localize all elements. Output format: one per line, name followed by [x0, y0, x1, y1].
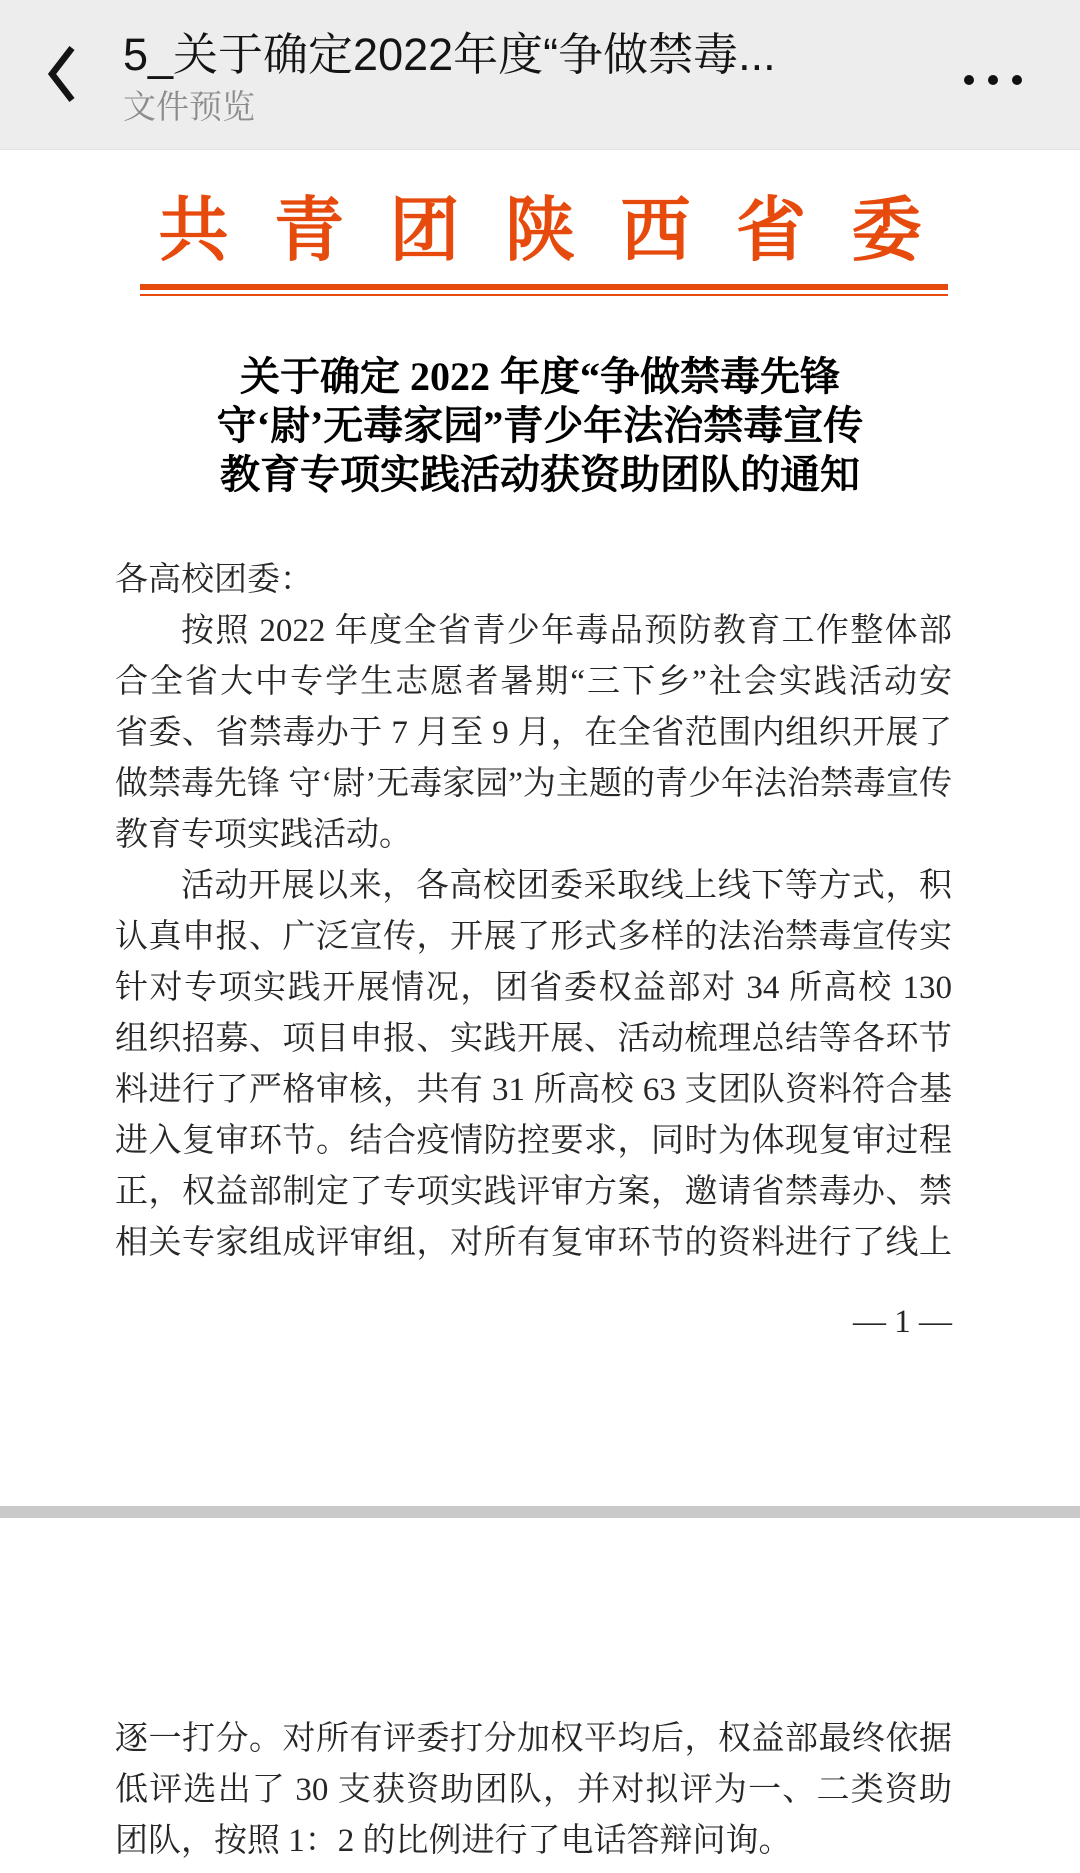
body-line: 逐一打分。对所有评委打分加权平均后，权益部最终依据得分高: [115, 1714, 952, 1765]
body-line: 进入复审环节。结合疫情防控要求，同时为体现复审过程公平公: [115, 1116, 952, 1167]
document-title-line: 关于确定 2022 年度“争做禁毒先锋: [0, 352, 1080, 401]
page-separator: [0, 1506, 1080, 1518]
body-line: 料进行了严格审核，共有 31 所高校 63 支团队资料符合基本要求，: [115, 1065, 952, 1116]
back-button[interactable]: [32, 36, 92, 112]
ellipsis-icon: [964, 75, 1022, 85]
document-title-line: 教育专项实践活动获资助团队的通知: [0, 450, 1080, 499]
body-line: 按照 2022 年度全省青少年毒品预防教育工作整体部署，结: [115, 606, 952, 657]
document-page-1: 共青团陕西省委 关于确定 2022 年度“争做禁毒先锋 守‘尉’无毒家园”青少年…: [0, 150, 1080, 1506]
document-body: 各高校团委： 按照 2022 年度全省青少年毒品预防教育工作整体部署，结 合全省…: [115, 555, 952, 1348]
document-page-2: 逐一打分。对所有评委打分加权平均后，权益部最终依据得分高 低评选出了 30 支获…: [0, 1518, 1080, 1873]
page-number: — 1 —: [115, 1297, 952, 1348]
body-line: 组织招募、项目申报、实践开展、活动梳理总结等各环节所有资: [115, 1014, 952, 1065]
appbar: 5_关于确定2022年度“争做禁毒... 文件预览: [0, 0, 1080, 150]
document-title-line: 守‘尉’无毒家园”青少年法治禁毒宣传: [0, 401, 1080, 450]
letterhead-title: 共青团陕西省委: [0, 192, 1080, 272]
document-title: 关于确定 2022 年度“争做禁毒先锋 守‘尉’无毒家园”青少年法治禁毒宣传 教…: [0, 352, 1080, 499]
body-line: 认真申报、广泛宣传，开展了形式多样的法治禁毒宣传实践活动。: [115, 912, 952, 963]
body-line: 正，权益部制定了专项实践评审方案，邀请省禁毒办、禁毒领域: [115, 1167, 952, 1218]
body-line: 相关专家组成评审组，对所有复审环节的资料进行了线上评审、: [115, 1218, 952, 1269]
chevron-left-icon: [47, 43, 77, 105]
body-line: 活动开展以来，各高校团委采取线上线下等方式，积极动员、: [115, 861, 952, 912]
body-line: 做禁毒先锋 守‘尉’无毒家园”为主题的青少年法治禁毒宣传: [115, 759, 952, 810]
letterhead-rule: [140, 284, 948, 296]
body-line: 低评选出了 30 支获资助团队，并对拟评为一、二类资助类别的: [115, 1765, 952, 1816]
appbar-titles: 5_关于确定2022年度“争做禁毒... 文件预览: [123, 26, 883, 128]
preview-label: 文件预览: [123, 86, 883, 128]
more-menu-button[interactable]: [964, 60, 1022, 100]
file-title: 5_关于确定2022年度“争做禁毒...: [123, 26, 883, 84]
body-line: 针对专项实践开展情况，团省委权益部对 34 所高校 130 支团队: [115, 963, 952, 1014]
body-line: 团队，按照 1：2 的比例进行了电话答辩问询。: [115, 1816, 952, 1867]
document-body-page2: 逐一打分。对所有评委打分加权平均后，权益部最终依据得分高 低评选出了 30 支获…: [115, 1714, 952, 1867]
salutation: 各高校团委：: [115, 555, 952, 606]
body-line: 合全省大中专学生志愿者暑期“三下乡”社会实践活动安排，团: [115, 657, 952, 708]
body-line: 省委、省禁毒办于 7 月至 9 月，在全省范围内组织开展了以“争: [115, 708, 952, 759]
body-line: 教育专项实践活动。: [115, 810, 952, 861]
